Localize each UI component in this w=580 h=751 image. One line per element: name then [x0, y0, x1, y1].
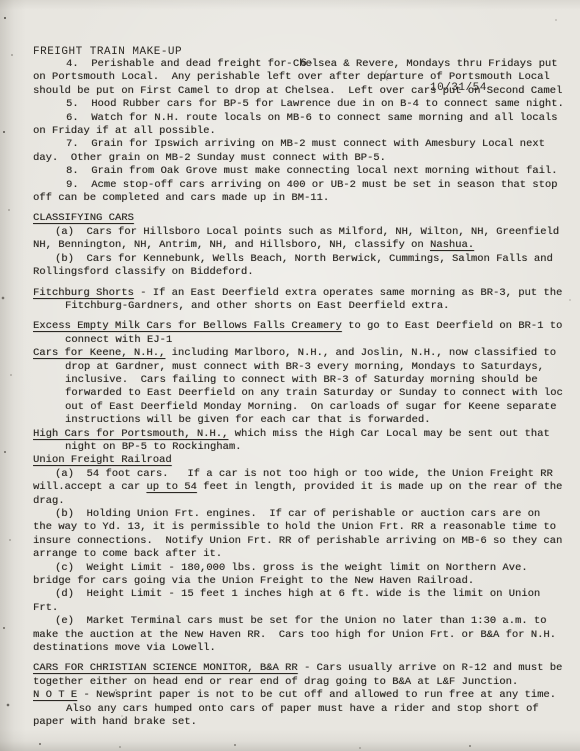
text-line: NH, Bennington, NH, Antrim, NH, and Hill… — [33, 239, 580, 252]
text-segment: Fitchburg-Gardners, and other shorts on … — [65, 300, 449, 312]
text-segment: (e) Market Terminal cars must be set for… — [55, 615, 546, 627]
text-line: (e) Market Terminal cars must be set for… — [33, 615, 580, 628]
text-segment: 5. Hood Rubber cars for BP-5 for Lawrenc… — [66, 98, 564, 110]
text-segment: (a) 54 foot cars. If a car is not too hi… — [55, 468, 553, 480]
underlined-text: Cars for Keene, N.H., — [33, 347, 165, 359]
text-line: Also any cars humped onto cars of paper … — [33, 703, 580, 716]
text-segment: arrange to come back after it. — [33, 548, 222, 560]
text-segment: bridge for cars going via the Union Frei… — [33, 575, 474, 587]
text-segment: (d) Height Limit - 15 feet 1 inches high… — [55, 588, 540, 600]
underlined-text: Nashua. — [430, 239, 474, 251]
document-title: FREIGHT TRAIN MAKE-UP — [33, 46, 182, 58]
text-line: (a) Cars for Hillsboro Local points such… — [33, 226, 580, 239]
text-line: (c) Weight Limit - 180,000 lbs. gross is… — [33, 562, 580, 575]
text-line: together either on head end or rear end … — [33, 676, 580, 689]
text-line: off can be completed and cars made up in… — [33, 192, 580, 205]
underlined-text: High Cars for Portsmouth, N.H., — [33, 428, 228, 440]
text-line: Fitchburg Shorts - If an East Deerfield … — [33, 287, 580, 300]
text-line: (b) Cars for Kennebunk, Wells Beach, Nor… — [33, 253, 580, 266]
text-segment: night on BP-5 to Rockingham. — [65, 441, 241, 453]
text-line: bridge for cars going via the Union Frei… — [33, 575, 580, 588]
text-segment: including Marlboro, N.H., and Joslin, N.… — [165, 347, 556, 359]
text-segment: together either on head end or rear end … — [33, 676, 518, 688]
text-segment: the way to Yd. 13, it is permissible to … — [33, 521, 556, 533]
text-segment: Rollingsford classify on Biddeford. — [33, 266, 254, 278]
text-segment: - Newsprint paper is not to be cut off a… — [77, 689, 556, 701]
text-segment: paper with hand brake set. — [33, 716, 197, 728]
text-segment: make the auction at the New Haven RR. Ca… — [33, 629, 556, 641]
text-segment: 8. Grain from Oak Grove must make connec… — [66, 165, 557, 177]
text-line: connect with EJ-1 — [33, 334, 580, 347]
text-line: will.accept a car up to 54 feet in lengt… — [33, 481, 580, 494]
text-line: instructions will be given for each car … — [33, 414, 580, 427]
underlined-text: up to 54 — [146, 481, 196, 493]
underlined-text: CARS FOR CHRISTIAN SCIENCE MONITOR, B&A … — [33, 662, 298, 674]
text-segment: which miss the High Car Local may be sen… — [228, 428, 549, 440]
text-line: 4. Perishable and dead freight for Chels… — [33, 58, 580, 71]
document-body: 4. Perishable and dead freight for Chels… — [33, 58, 580, 730]
text-segment: 9. Acme stop-off cars arriving on 400 or… — [66, 179, 557, 191]
text-line: 9. Acme stop-off cars arriving on 400 or… — [33, 179, 580, 192]
text-segment: forwarded to East Deerfield on any train… — [65, 387, 563, 399]
text-line: High Cars for Portsmouth, N.H., which mi… — [33, 428, 580, 441]
text-segment: will.accept a car — [33, 481, 146, 493]
text-segment: day. Other grain on MB-2 Sunday must con… — [33, 152, 386, 164]
text-line: Union Freight Railroad — [33, 454, 580, 467]
text-line: night on BP-5 to Rockingham. — [33, 441, 580, 454]
text-line: the way to Yd. 13, it is permissible to … — [33, 521, 580, 534]
text-line: on Portsmouth Local. Any perishable left… — [33, 71, 580, 84]
text-segment: on Portsmouth Local. Any perishable left… — [33, 71, 550, 83]
text-line: N O T E - Newsprint paper is not to be c… — [33, 689, 580, 702]
text-line: destinations move via Lowell. — [33, 642, 580, 655]
text-line: Excess Empty Milk Cars for Bellows Falls… — [33, 320, 580, 333]
text-segment: Also any cars humped onto cars of paper … — [66, 703, 539, 715]
text-line: 6. Watch for N.H. route locals on MB-6 t… — [33, 112, 580, 125]
text-segment: connect with EJ-1 — [65, 334, 172, 346]
text-segment: on Friday if at all possible. — [33, 125, 216, 137]
page-header: FREIGHT TRAIN MAKE-UP - 6- (- 10/31/54 — [0, 34, 580, 50]
text-line: drop at Gardner, must connect with BR-3 … — [33, 361, 580, 374]
text-line: CLASSIFYING CARS — [33, 212, 580, 225]
text-line: on Friday if at all possible. — [33, 125, 580, 138]
text-line: paper with hand brake set. — [33, 716, 580, 729]
text-line: should be put on First Camel to drop at … — [33, 85, 580, 98]
text-line: CARS FOR CHRISTIAN SCIENCE MONITOR, B&A … — [33, 662, 580, 675]
text-segment: destinations move via Lowell. — [33, 642, 216, 654]
text-line: 8. Grain from Oak Grove must make connec… — [33, 165, 580, 178]
text-segment: - Cars usually arrive on R-12 and must b… — [298, 662, 563, 674]
text-line: (d) Height Limit - 15 feet 1 inches high… — [33, 588, 580, 601]
text-segment: (b) Cars for Kennebunk, Wells Beach, Nor… — [55, 253, 553, 265]
text-segment: insure connections. Notify Union Frt. RR… — [33, 535, 562, 547]
text-line: (a) 54 foot cars. If a car is not too hi… — [33, 468, 580, 481]
text-segment: drag. — [33, 495, 65, 507]
text-segment: out of East Deerfield Monday Morning. On… — [65, 401, 556, 413]
text-line: Frt. — [33, 602, 580, 615]
underlined-text: CLASSIFYING CARS — [33, 212, 134, 224]
text-line: 7. Grain for Ipswich arriving on MB-2 mu… — [33, 138, 580, 151]
text-segment: Frt. — [33, 602, 58, 614]
text-segment: 6. Watch for N.H. route locals on MB-6 t… — [66, 112, 557, 124]
text-segment: - If an East Deerfield extra operates sa… — [134, 287, 562, 299]
text-line: arrange to come back after it. — [33, 548, 580, 561]
text-segment: 4. Perishable and dead freight for Chels… — [66, 58, 557, 70]
text-line: drag. — [33, 495, 580, 508]
text-segment: (c) Weight Limit - 180,000 lbs. gross is… — [55, 562, 528, 574]
text-segment: should be put on First Camel to drop at … — [33, 85, 562, 97]
text-segment: drop at Gardner, must connect with BR-3 … — [65, 361, 544, 373]
text-segment: (b) Holding Union Frt. engines. If car o… — [55, 508, 540, 520]
underlined-text: N O T E — [33, 689, 77, 701]
text-line: insure connections. Notify Union Frt. RR… — [33, 535, 580, 548]
text-segment: off can be completed and cars made up in… — [33, 192, 329, 204]
text-segment: NH, Bennington, NH, Antrim, NH, and Hill… — [33, 239, 430, 251]
text-line: forwarded to East Deerfield on any train… — [33, 387, 580, 400]
text-line: Cars for Keene, N.H., including Marlboro… — [33, 347, 580, 360]
text-line: inclusive. Cars failing to connect with … — [33, 374, 580, 387]
text-line: make the auction at the New Haven RR. Ca… — [33, 629, 580, 642]
text-segment: (a) Cars for Hillsboro Local points such… — [55, 226, 559, 238]
text-line: Rollingsford classify on Biddeford. — [33, 266, 580, 279]
text-line: 5. Hood Rubber cars for BP-5 for Lawrenc… — [33, 98, 580, 111]
underlined-text: Excess Empty Milk Cars for Bellows Falls… — [33, 320, 342, 332]
text-segment: to go to East Deerfield on BR-1 to — [342, 320, 563, 332]
document-page: FREIGHT TRAIN MAKE-UP - 6- (- 10/31/54 4… — [0, 0, 580, 751]
text-segment: 7. Grain for Ipswich arriving on MB-2 mu… — [66, 138, 545, 150]
text-line: Fitchburg-Gardners, and other shorts on … — [33, 300, 580, 313]
text-segment: inclusive. Cars failing to connect with … — [65, 374, 538, 386]
underlined-text: Union Freight Railroad — [33, 454, 172, 466]
text-segment: instructions will be given for each car … — [65, 414, 430, 426]
underlined-text: Fitchburg Shorts — [33, 287, 134, 299]
text-segment: feet in length, provided it is made up o… — [197, 481, 562, 493]
text-line: out of East Deerfield Monday Morning. On… — [33, 401, 580, 414]
text-line: (b) Holding Union Frt. engines. If car o… — [33, 508, 580, 521]
text-line: day. Other grain on MB-2 Sunday must con… — [33, 152, 580, 165]
